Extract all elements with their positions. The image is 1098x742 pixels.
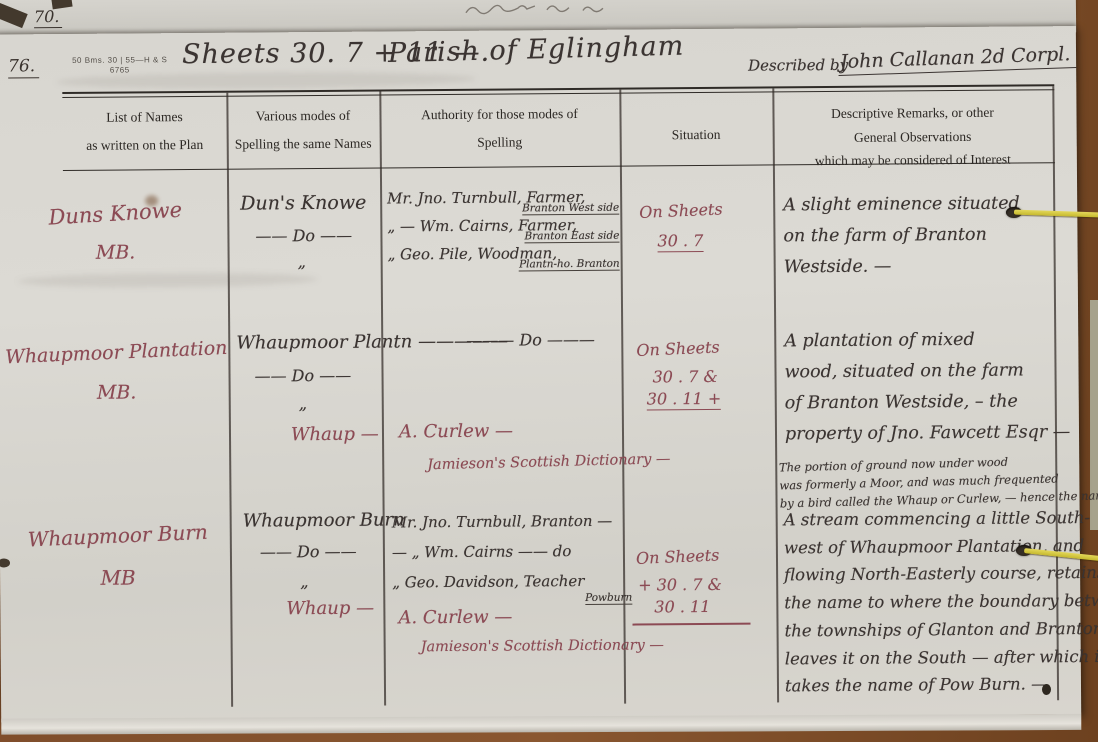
remarks-text: A slight eminence situated on the farm o… (783, 189, 1020, 284)
entry-name-initials: MB. (9, 381, 225, 405)
remarks-line: A plantation of mixed (784, 324, 1070, 357)
remarks-line: Westside. — (784, 251, 1021, 284)
remarks-line: west of Whaupmoor Plantation, and (784, 531, 1098, 561)
column-header-line: which may be considered of Interest (773, 148, 1053, 174)
entry-name: Whaupmoor Plantation (2, 337, 231, 369)
situation-sheet-number: 30 . 11 + (647, 389, 722, 409)
parish-heading: Parish of Eglingham (388, 31, 685, 69)
column-header-spelling-modes: Various modes of Spelling the same Names (226, 102, 379, 159)
spelling-quote: „ (300, 572, 308, 591)
situation-sheet-number: 30 . 11 (654, 597, 710, 616)
situation-underline (632, 623, 750, 625)
column-header-line: Spelling (380, 127, 620, 157)
remarks-line: on the farm of Branton (783, 220, 1020, 253)
column-header-line: List of Names (62, 103, 226, 132)
previous-page-illegible-writing (462, 0, 662, 21)
remarks-line: the townships of Glanton and Branton, (784, 614, 1098, 644)
previous-page-number: 70. (34, 7, 63, 28)
spelling-quote: „ (299, 394, 307, 413)
spelling-ditto: —— Do —— (255, 226, 352, 246)
situation-label: On Sheets (636, 545, 720, 568)
margin-mark (0, 558, 10, 567)
authority-red-line: Jamieson's Scottish Dictionary — (427, 451, 671, 473)
situation-label: On Sheets (636, 337, 720, 360)
column-header-remarks: Descriptive Remarks, or other General Ob… (772, 96, 1053, 173)
spelling-line: Whaupmoor Burn (243, 509, 405, 531)
printer-stamp-line2: 6765 (72, 66, 167, 77)
column-header-line: Spelling the same Names (227, 129, 380, 158)
authority-list: Mr. Jno. Turnbull, Branton — — „ Wm. Cai… (392, 506, 633, 613)
spelling-whaup: Whaup — (291, 424, 379, 446)
authority-line: — „ Wm. Cairns —— do (392, 536, 632, 568)
remarks-line: takes the name of Pow Burn. — (785, 670, 1098, 700)
authority-red-line: A. Curlew — (399, 421, 513, 443)
entry-name-initials: MB (10, 565, 226, 591)
column-header-line: Authority for those modes of (379, 100, 619, 130)
column-header-line: Descriptive Remarks, or other (772, 100, 1052, 126)
spelling-whaup: Whaup — (286, 598, 374, 620)
remarks-line: flowing North-Easterly course, retains (784, 559, 1098, 589)
punch-hole (1042, 684, 1051, 695)
spelling-ditto: —— Do —— (260, 542, 357, 562)
spelling-quote: „ (298, 252, 306, 271)
column-header-situation: Situation (619, 98, 772, 149)
column-header-line: Various modes of (226, 102, 379, 131)
name-book-page: 76. 50 Bms. 30 | 55—H & S 6765 Sheets 30… (0, 26, 1081, 722)
entry-name: Duns Knowe (7, 195, 224, 232)
spelling-ditto: —— Do —— (254, 366, 351, 386)
entry-name: Whaupmoor Burn (3, 519, 232, 553)
described-by-name: John Callanan 2d Corpl. (838, 43, 1077, 76)
spelling-line: Dun's Knowe (240, 192, 366, 215)
remarks-text: A stream commencing a little South- west… (784, 504, 1098, 701)
remarks-line: the name to where the boundary between (784, 587, 1098, 617)
remarks-text: A plantation of mixed wood, situated on … (784, 324, 1070, 451)
column-header-line: as written on the Plan (63, 130, 227, 159)
remarks-line: of Branton Westside, – the (785, 386, 1071, 419)
authority-list: Mr. Jno. Turnbull, Farmer, Branton West … (387, 188, 620, 274)
situation-sheet-number: + 30 . 7 & (638, 575, 722, 595)
remarks-line: wood, situated on the farm (784, 355, 1070, 388)
authority-red-line: A. Curlew — (398, 607, 512, 629)
remarks-line: A slight eminence situated (783, 189, 1020, 222)
printer-stamp-line1: 50 Bms. 30 | 55—H & S (72, 55, 167, 66)
column-header-names: List of Names as written on the Plan (62, 103, 226, 160)
authority-red-line: Jamieson's Scottish Dictionary — (421, 637, 664, 655)
situation-label: On Sheets (639, 199, 723, 222)
entry-name-initials: MB. (7, 241, 223, 265)
authority-ditto: ——— Do ——— (466, 330, 595, 350)
authority-line: Mr. Jno. Turnbull, Branton — (392, 506, 632, 538)
described-by-label: Described by (748, 56, 848, 75)
column-header-line: General Observations (773, 124, 1053, 150)
page-number: 76. (8, 56, 39, 78)
remarks-line: leaves it on the South — after which it (785, 642, 1098, 672)
column-header-line: Situation (620, 120, 773, 149)
remarks-line: A stream commencing a little South- (784, 504, 1098, 534)
situation-sheet-number: 30 . 7 & (652, 367, 717, 387)
printer-stamp: 50 Bms. 30 | 55—H & S 6765 (72, 55, 167, 77)
situation-sheet-number: 30 . 7 (657, 231, 703, 250)
remarks-line: property of Jno. Fawcett Esqr — (785, 418, 1071, 451)
column-header-authority: Authority for those modes of Spelling (379, 100, 619, 157)
